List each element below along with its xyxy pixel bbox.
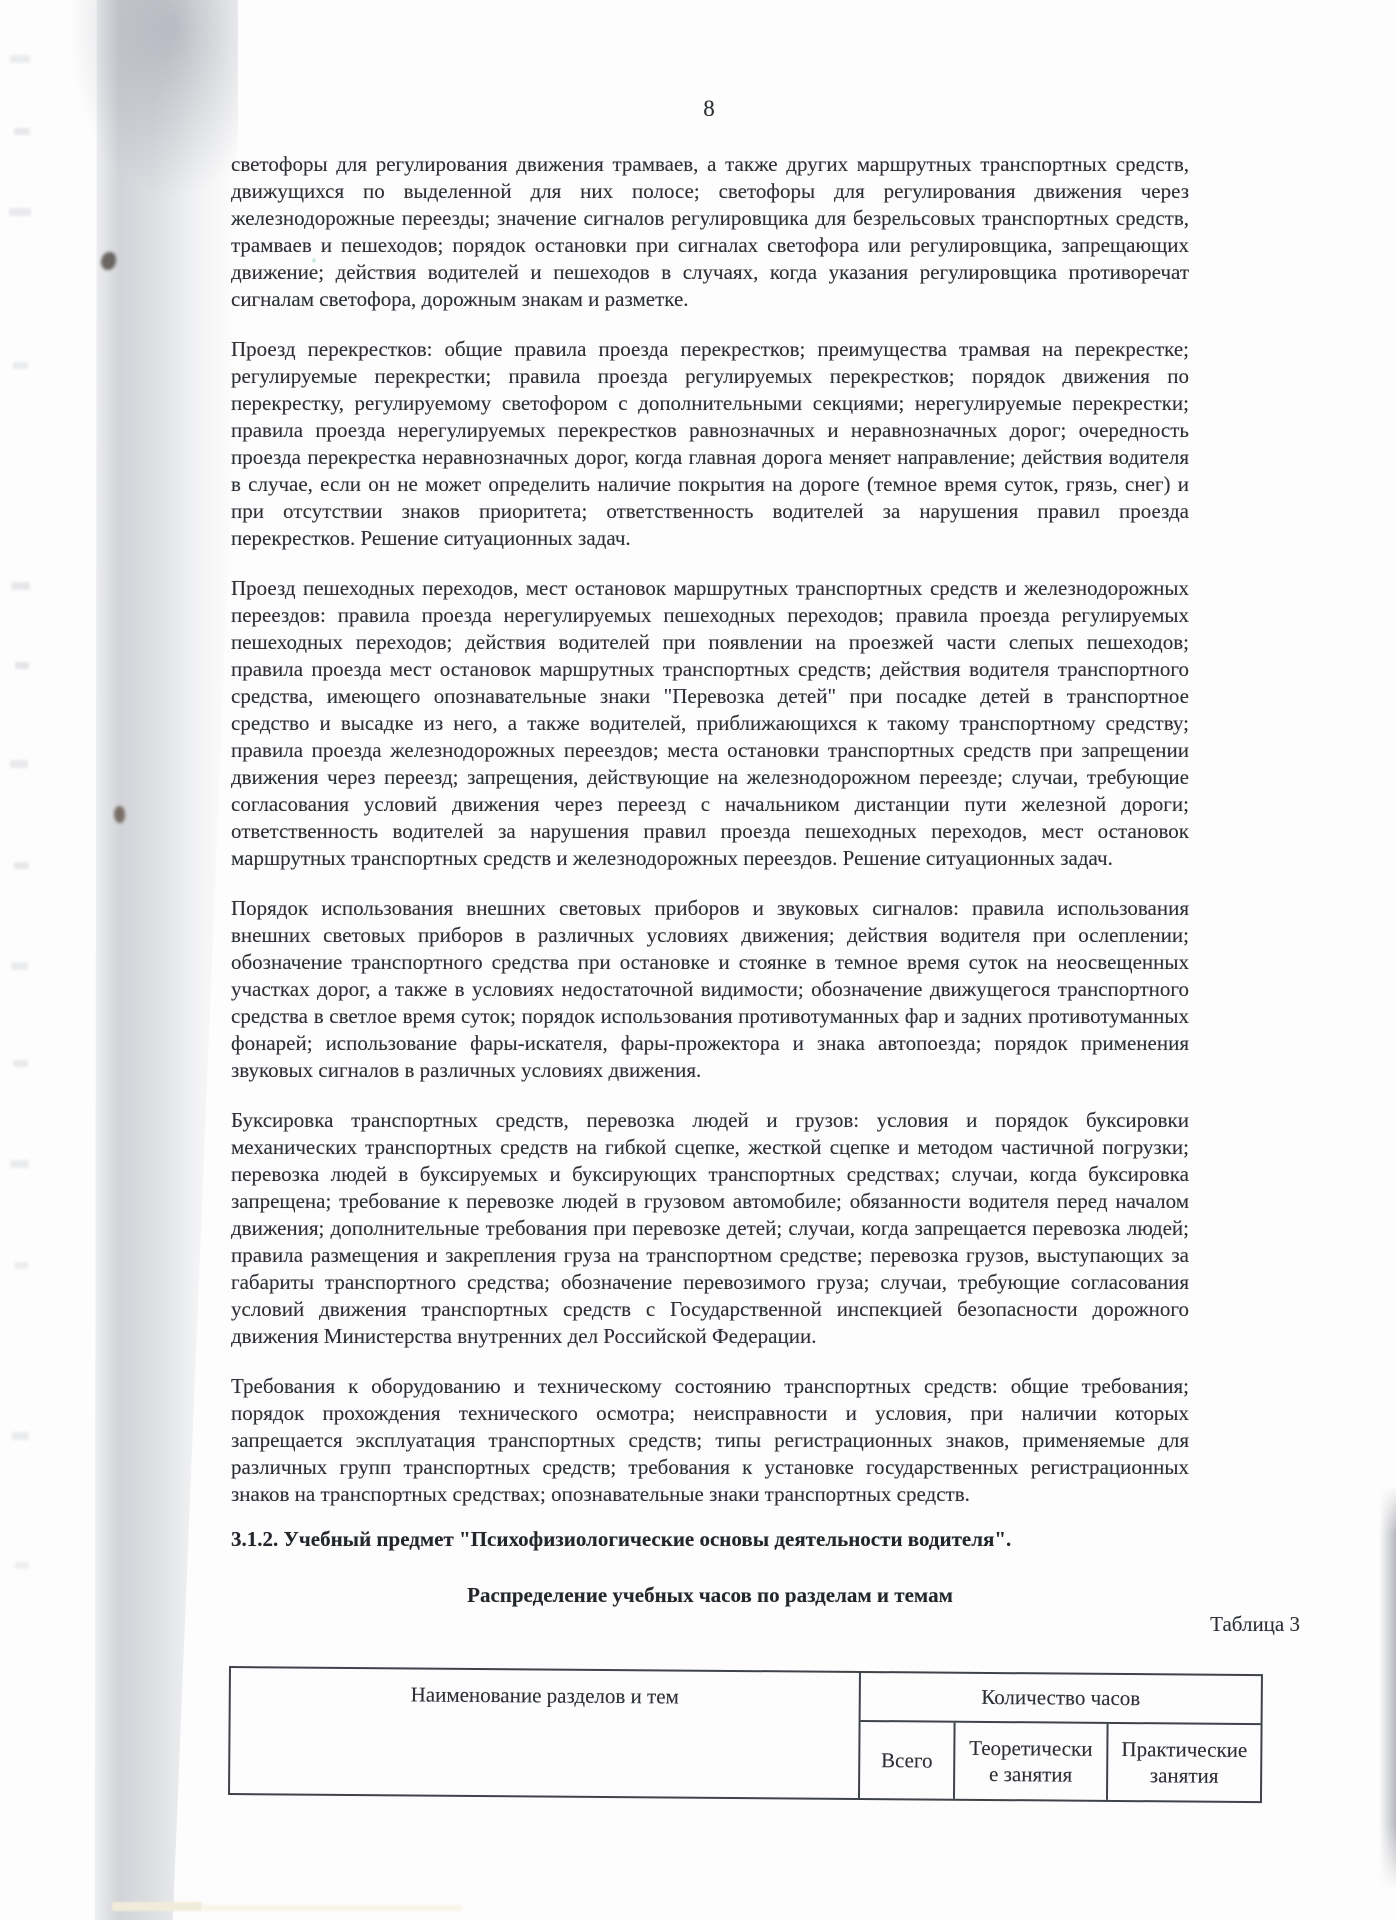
scan-bleed-mark <box>14 1262 28 1269</box>
paragraph-equipment-requirements: Требования к оборудованию и техническому… <box>231 1373 1189 1508</box>
scan-bleed-mark <box>11 582 30 590</box>
scan-bleed-mark <box>10 760 28 768</box>
col-header-theory: Теоретически е занятия <box>955 1723 1109 1800</box>
scan-gutter-shadow-top <box>68 0 238 200</box>
col-header-name: Наименование разделов и тем <box>230 1668 861 1798</box>
scan-gutter-shadow <box>55 0 245 1920</box>
document-body: светофоры для регулирования движения тра… <box>231 151 1189 1523</box>
scan-bleed-mark <box>9 208 31 216</box>
scan-bleed-mark <box>11 962 28 970</box>
scan-bleed-mark <box>14 862 29 869</box>
scanned-document-page: 8 светофоры для регулирования движения т… <box>0 0 1396 1920</box>
scan-bleed-mark <box>13 362 28 369</box>
col-header-hours: Количество часов <box>861 1673 1261 1725</box>
scan-bleed-mark <box>14 128 30 135</box>
scan-bleed-mark <box>15 662 29 669</box>
paragraph-towing: Буксировка транспортных средств, перевоз… <box>231 1107 1189 1350</box>
col-header-practice: Практические занятия <box>1108 1724 1261 1801</box>
section-heading: 3.1.2. Учебный предмет "Психофизиологиче… <box>231 1527 1231 1552</box>
hours-table: Наименование разделов и тем Количество ч… <box>228 1666 1263 1803</box>
scan-bleed-mark <box>12 1432 29 1440</box>
scan-bottom-mark <box>112 1902 202 1911</box>
paragraph-intersections: Проезд перекрестков: общие правила проез… <box>231 336 1189 552</box>
paragraph-traffic-lights: светофоры для регулирования движения тра… <box>231 151 1189 313</box>
paragraph-pedestrian-crossings: Проезд пешеходных переходов, мест остано… <box>231 575 1189 872</box>
table-caption: Таблица 3 <box>1210 1612 1300 1637</box>
scan-right-edge-shadow <box>1379 1485 1396 1890</box>
scan-bleed-mark <box>15 1562 29 1569</box>
scan-bleed-mark <box>13 1060 28 1067</box>
table-title: Распределение учебных часов по разделам … <box>231 1583 1189 1608</box>
scan-bleed-mark <box>10 55 30 63</box>
page-number: 8 <box>230 96 1188 122</box>
scan-bleed-mark <box>10 1160 29 1168</box>
paragraph-light-devices: Порядок использования внешних световых п… <box>231 895 1189 1084</box>
col-header-total: Всего <box>860 1722 956 1799</box>
scan-bottom-mark <box>202 1905 462 1911</box>
scan-ink-speck <box>114 806 125 823</box>
